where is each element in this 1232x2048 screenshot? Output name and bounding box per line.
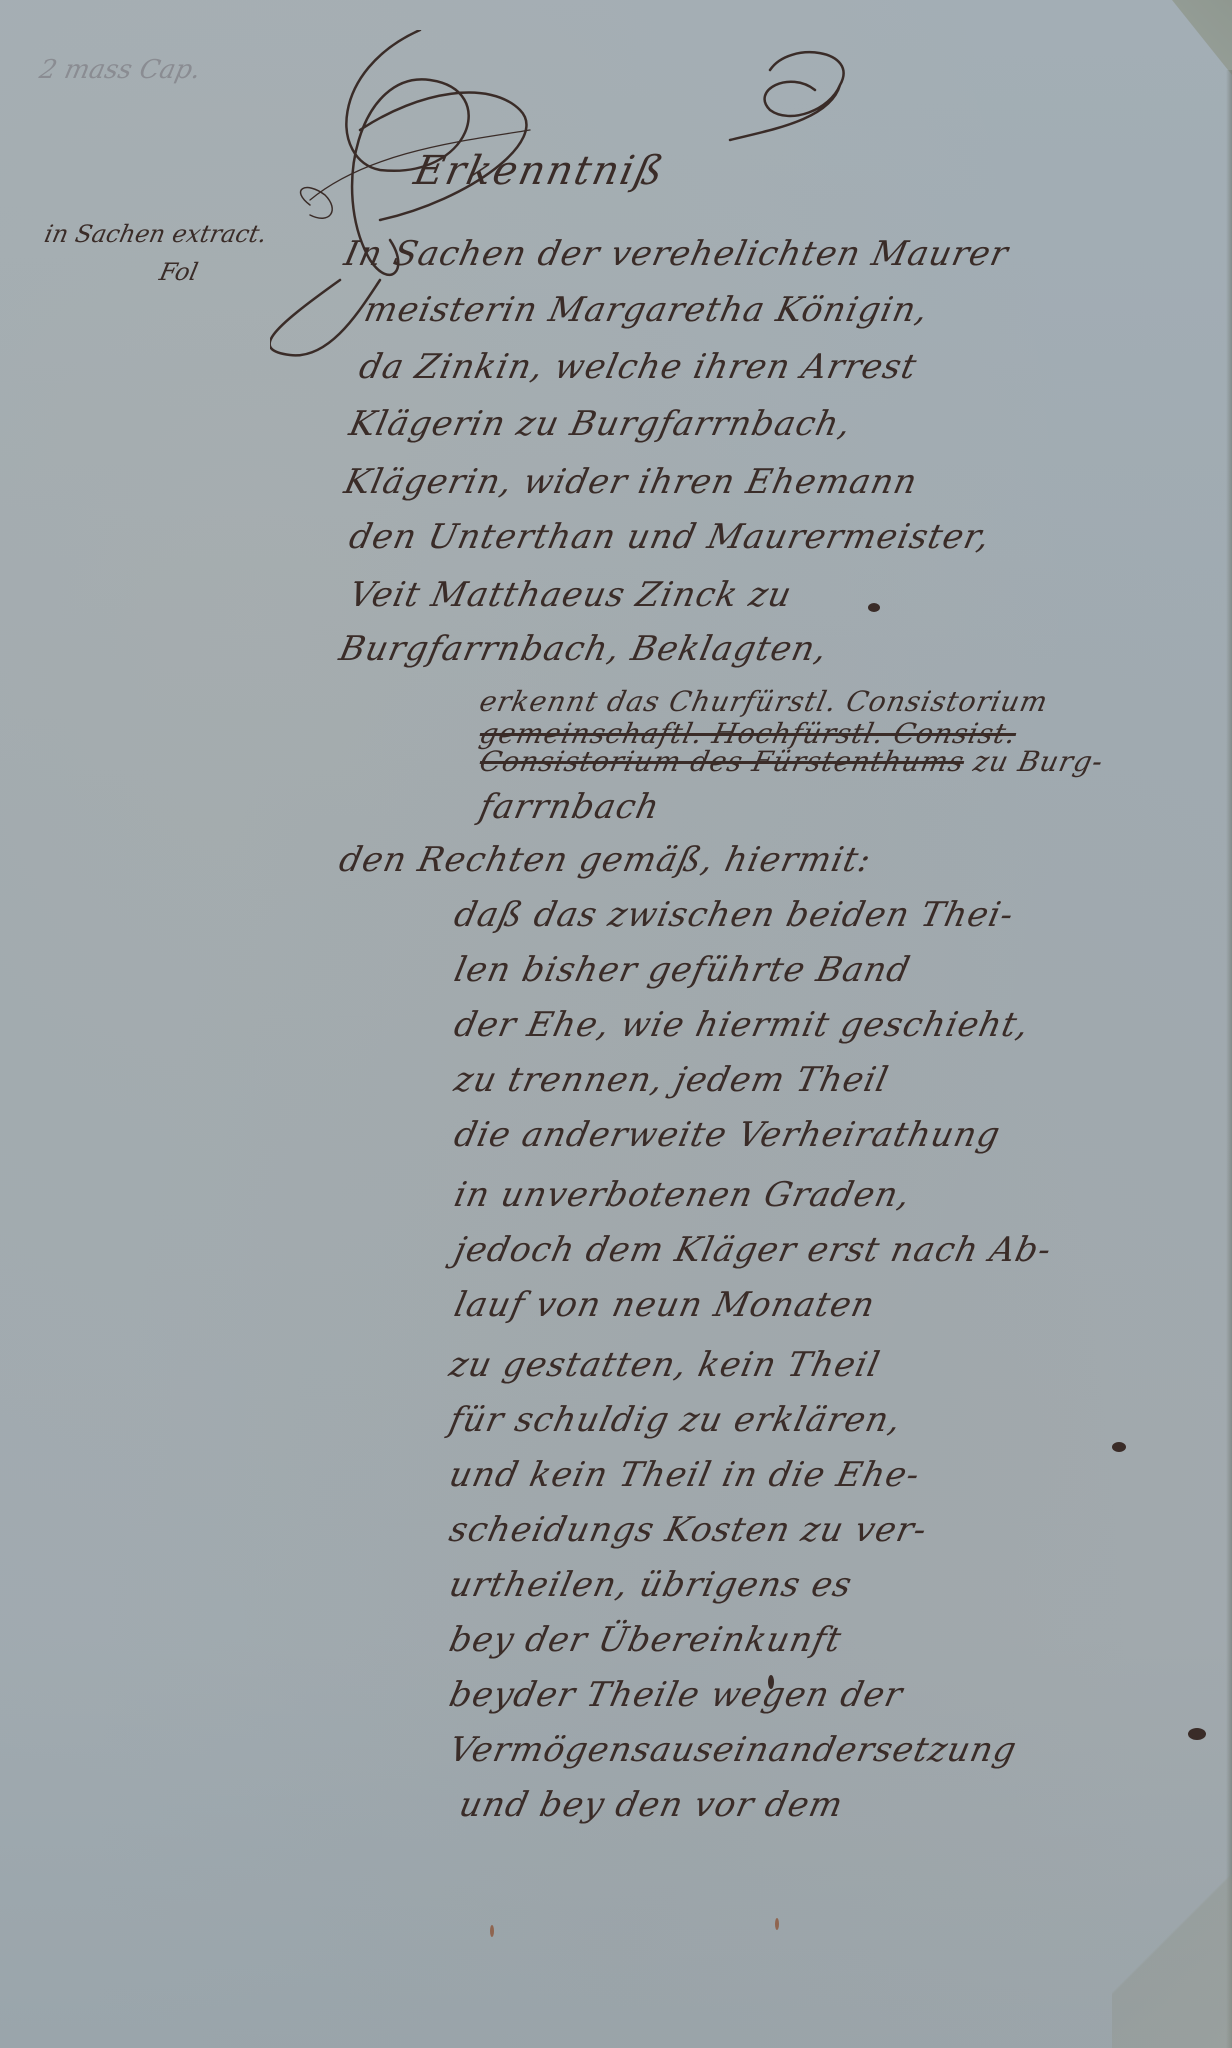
struck-line-with-continuation: Consistorium des Fürstenthums zu Burg- [477, 748, 1106, 776]
body-line: die anderweite Verheirathung [451, 1118, 1003, 1152]
body-line: Burgfarrnbach, Beklagten, [336, 632, 830, 666]
top-left-note: 2 mass Cap. [37, 55, 204, 85]
body-line: beyder Theile wegen der [446, 1678, 906, 1712]
body-line: scheidungs Kosten zu ver- [446, 1513, 930, 1547]
stain-mark [775, 1918, 779, 1930]
page-crease [1112, 1848, 1232, 2048]
body-line: lauf von neun Monaten [451, 1288, 878, 1322]
body-line: jedoch dem Kläger erst nach Ab- [451, 1233, 1054, 1267]
body-line: der Ehe, wie hiermit geschieht, [451, 1008, 1032, 1042]
document-title: Erkenntniß [410, 148, 669, 194]
margin-note-line1: in Sachen extract. [42, 220, 270, 248]
body-line: Klägerin, wider ihren Ehemann [341, 465, 920, 499]
body-line: den Rechten gemäß, hiermit: [336, 843, 874, 877]
body-line: den Unterthan und Maurermeister, [346, 520, 993, 554]
body-line: zu trennen, jedem Theil [451, 1063, 891, 1097]
margin-note-line2: Fol [157, 258, 200, 286]
manuscript-page: 2 mass Cap. Erkenntniß in Sachen extract… [0, 0, 1232, 2048]
ink-blot [1112, 1442, 1126, 1452]
ink-blot [1188, 1728, 1206, 1740]
body-line: daß das zwischen beiden Thei- [451, 898, 1017, 932]
body-line: und bey den vor dem [456, 1788, 846, 1822]
page-edge [1226, 70, 1232, 2048]
body-line: len bisher geführte Band [451, 953, 913, 987]
stain-mark [490, 1925, 494, 1937]
body-line: und kein Theil in die Ehe- [446, 1458, 923, 1492]
body-line: meisterin Margaretha Königin, [361, 293, 931, 327]
struck-text: Consistorium des Fürstenthums [477, 745, 968, 778]
body-line: da Zinkin, welche ihren Arrest [356, 350, 920, 384]
body-line: farrnbach [476, 790, 662, 824]
body-line: urtheilen, übrigens es [446, 1568, 855, 1602]
body-line: Vermögensauseinandersetzung [446, 1733, 1020, 1767]
body-line: in unverbotenen Graden, [451, 1178, 913, 1212]
ink-blot [868, 603, 880, 612]
body-line: zu gestatten, kein Theil [446, 1348, 883, 1382]
body-line: für schuldig zu erklären, [446, 1403, 904, 1437]
struck-line: gemeinschaftl. Hochfürstl. Consist. [477, 720, 1019, 748]
continuation-text: zu Burg- [971, 745, 1107, 778]
body-line: In Sachen der verehelichten Maurer [341, 237, 1011, 271]
body-line: Klägerin zu Burgfarrnbach, [346, 407, 854, 441]
folded-corner [1172, 0, 1232, 75]
body-line: Veit Matthaeus Zinck zu [346, 578, 795, 612]
body-line: bey der Übereinkunft [446, 1623, 844, 1657]
body-line: erkennt das Churfürstl. Consistorium [477, 688, 1051, 716]
ink-blot [768, 1675, 774, 1689]
